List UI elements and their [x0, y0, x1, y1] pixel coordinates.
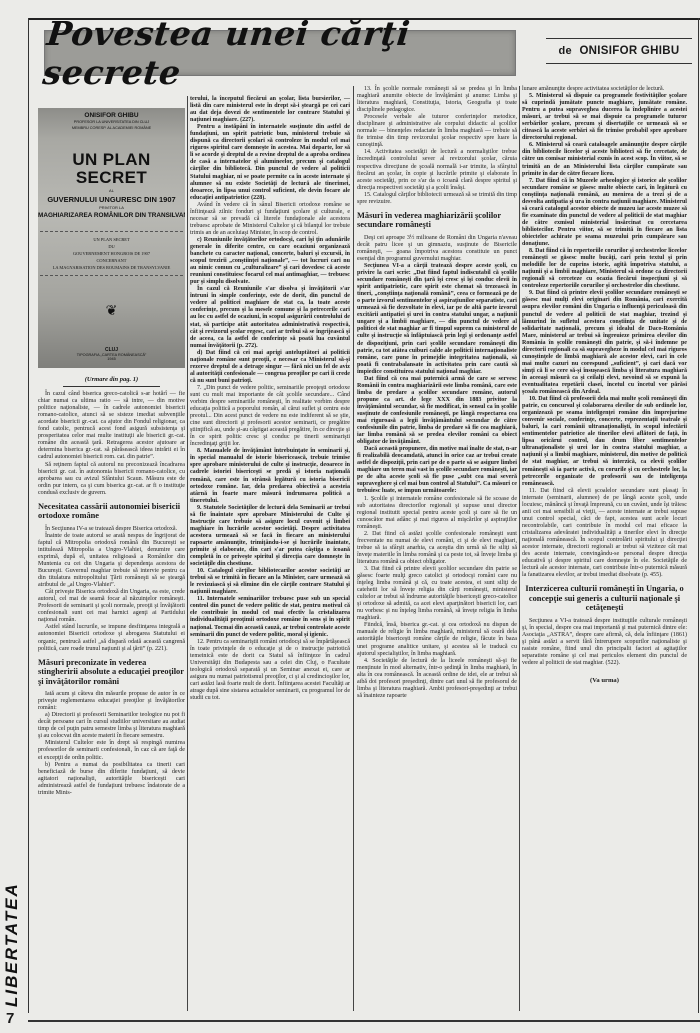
- cover-fr-line: LA MAGYARISATION DES ROUMAINS DE TRANSYL…: [40, 264, 183, 271]
- cover-privitor: PRIVITOR LA: [38, 205, 185, 210]
- headline-banner: Povestea unei cărţi secrete: [44, 30, 516, 76]
- cover-subtitle-1: PROFESOR LA UNIVERSITATEA DIN CLUJ: [44, 120, 179, 125]
- paragraph: 10. Catalogul cărţilor bibliotecarilor a…: [190, 568, 350, 596]
- paragraph: Iată acum şi câteva din măsurile propuse…: [38, 691, 185, 712]
- paragraph: În cazul că Reuniunile s'ar disolva şi î…: [190, 286, 350, 349]
- cover-subject: MAGHIARIZAREA ROMÂNILOR DIN TRANSILVANIA: [38, 212, 185, 219]
- paragraph: Procesele verbale ale tuturor conferinţe…: [357, 114, 517, 149]
- byline-author: ONISIFOR GHIBU: [579, 45, 679, 57]
- cover-french-title: UN PLAN SECRET DU GOUVERNEMENT HONGROIS …: [40, 231, 183, 276]
- paragraph: Dat fiind că cea mai puternică armă de c…: [357, 376, 517, 446]
- continued-from-label: (Urmare din pag. 1): [38, 376, 185, 383]
- paragraph: În Secţiunea IV-a se tratează despre Bis…: [38, 526, 185, 533]
- column-3: 13. În şcolile normale româneşti să se p…: [357, 86, 517, 700]
- paragraph: 4. Societăţile de lectură de la liceele …: [357, 658, 517, 700]
- book-cover-photo: ONISIFOR GHIBU PROFESOR LA UNIVERSITATEA…: [38, 108, 185, 368]
- paragraph: Cât priveşte Biserica ortodoxă din Ungar…: [38, 589, 185, 624]
- paragraph: d) Dat fiind că cei mai aprigi anteluptă…: [190, 350, 350, 385]
- to-be-continued-label: (Va urma): [522, 677, 687, 684]
- paragraph: Să reţinem faptul că autorul nu preconiz…: [38, 462, 185, 497]
- paragraph: terului, la începutul fiecărui an şcolar…: [190, 96, 350, 124]
- paragraph: Dacă această propunere, din motive mai î…: [357, 446, 517, 495]
- byline: de ONISIFOR GHIBU: [540, 38, 698, 64]
- masthead-libertatea: LIBERTATEA: [2, 880, 24, 1010]
- paragraph: 2. Dat fiind că astăzi şcolile confesion…: [357, 531, 517, 566]
- column-rule: [519, 86, 520, 1011]
- divider: [63, 386, 160, 387]
- paragraph: 12. Pentru ca seminariştii români ortodo…: [190, 639, 350, 702]
- paragraph: 8. Dat fiind că în repertoriile corurilo…: [522, 248, 687, 290]
- frame-left-rule: [28, 18, 29, 1013]
- paragraph: Secţiunea VI-a a cărţii tratează despre …: [357, 263, 517, 376]
- cover-year: 1945: [38, 357, 185, 361]
- cover-main-title: UN PLAN SECRET: [38, 151, 185, 187]
- paragraph: 11. Internatele seminariilor trebuesc pu…: [190, 596, 350, 638]
- column-rule: [187, 96, 188, 1011]
- paragraph: Secţiunea a VI-a tratează despre institu…: [522, 618, 687, 667]
- cover-fr-line: CONCERNANT: [40, 257, 183, 264]
- cover-al: AL: [38, 188, 185, 193]
- paragraph: 14. Activitatea societăţii de lectură a …: [357, 149, 517, 191]
- paragraph: Înainte de toate autorul se arată nespus…: [38, 533, 185, 589]
- newspaper-page: Povestea unei cărţi secrete de ONISIFOR …: [0, 0, 700, 1033]
- page-number: 7: [6, 1010, 14, 1027]
- paragraph: 6. Ministerul să ceară cataloagele amănu…: [522, 142, 687, 177]
- section-heading: Măsuri în vederea maghiarizării şcolilor…: [357, 211, 517, 230]
- paragraph: În cazul când biserica greco-catolică s-…: [38, 391, 185, 461]
- cover-author: ONISIFOR GHIBU: [38, 112, 185, 119]
- section-heading: Interzicerea culturii româneşti în Ungar…: [522, 584, 687, 613]
- paragraph: 1. Şcolile şi internatele române confesi…: [357, 496, 517, 531]
- headline-title: Povestea unei cărţi secrete: [41, 14, 519, 92]
- byline-prefix: de: [559, 45, 572, 57]
- paragraph: 9. Dat fiind că printre elevii şcolilor …: [522, 290, 687, 396]
- paragraph: 7. „Din punct de vedere politic, seminar…: [190, 385, 350, 448]
- section-heading: Măsuri preconizate în vederea stingherir…: [38, 658, 185, 687]
- bottom-rule: [28, 1020, 700, 1022]
- cover-fr-line: GOUVERNEMENT HONGROIS DE 1907: [40, 250, 183, 257]
- paragraph: c) Reuniunile învăţătorilor ortodocşi, c…: [190, 237, 350, 286]
- paragraph: Ministerul Cultelor este în drept să res…: [38, 740, 185, 761]
- cover-subtitle-2: MEMBRU CORESP. AL ACADEMIEI ROMÂNE: [44, 126, 179, 131]
- paragraph: 10. Dat fiind că profesorii dela mai mul…: [522, 396, 687, 488]
- column-rule: [353, 86, 354, 1011]
- paragraph: 13. În şcolile normale româneşti să se p…: [357, 86, 517, 114]
- paragraph: Deşi cei aproape 3½ milioane de Români d…: [357, 235, 517, 263]
- paragraph: 8. Manualele de învăţământ întrebuinţate…: [190, 448, 350, 504]
- ornament-icon: ❦: [38, 302, 185, 319]
- frame-right-rule: [698, 18, 699, 1013]
- paragraph: 9. Statutele Societăţilor de lectură del…: [190, 505, 350, 568]
- column-2: terului, la începutul fiecărui an şcolar…: [190, 96, 350, 702]
- cover-fr-line: UN PLAN SECRET: [40, 236, 183, 243]
- paragraph: b) Pentru a numai da posibilitatea ca ti…: [38, 762, 185, 797]
- paragraph: 11. Dat fiind că elevii şcoalelor secund…: [522, 488, 687, 580]
- paragraph: 5. Ministerul să dispuie ca programele f…: [522, 93, 687, 142]
- section-heading: Necesitatea cassării autonomiei biserici…: [38, 502, 185, 521]
- paragraph: 15. Catalogul cărţilor bibliotecii urmea…: [357, 192, 517, 206]
- byline-rule-bottom: [546, 63, 692, 64]
- paragraph: Astfel stând lucrurile, se impune desfii…: [38, 624, 185, 652]
- paragraph: Pentru a instăpâni în internatele susţin…: [190, 124, 350, 202]
- paragraph: a) Directorii şi profesorii Seminariilor…: [38, 712, 185, 740]
- paragraph: lunare amănunţite despre activitatea soc…: [522, 86, 687, 93]
- cover-government: GUVERNULUI UNGURESC DIN 1907: [38, 195, 185, 204]
- column-1: (Urmare din pag. 1) În cazul când biseri…: [38, 372, 185, 797]
- paragraph: 3. Dat fiind că printre elevii şcolilor …: [357, 566, 517, 622]
- cover-fr-line: DU: [40, 243, 183, 250]
- paragraph: Fiindcă, însă, biserica gr.-cat. şi cea …: [357, 622, 517, 657]
- paragraph: 7. Dat fiind că în Muzeele arheologice ş…: [522, 178, 687, 248]
- paragraph: Având în vedere că în sânul Bisericii or…: [190, 202, 350, 237]
- column-4: lunare amănunţite despre activitatea soc…: [522, 86, 687, 684]
